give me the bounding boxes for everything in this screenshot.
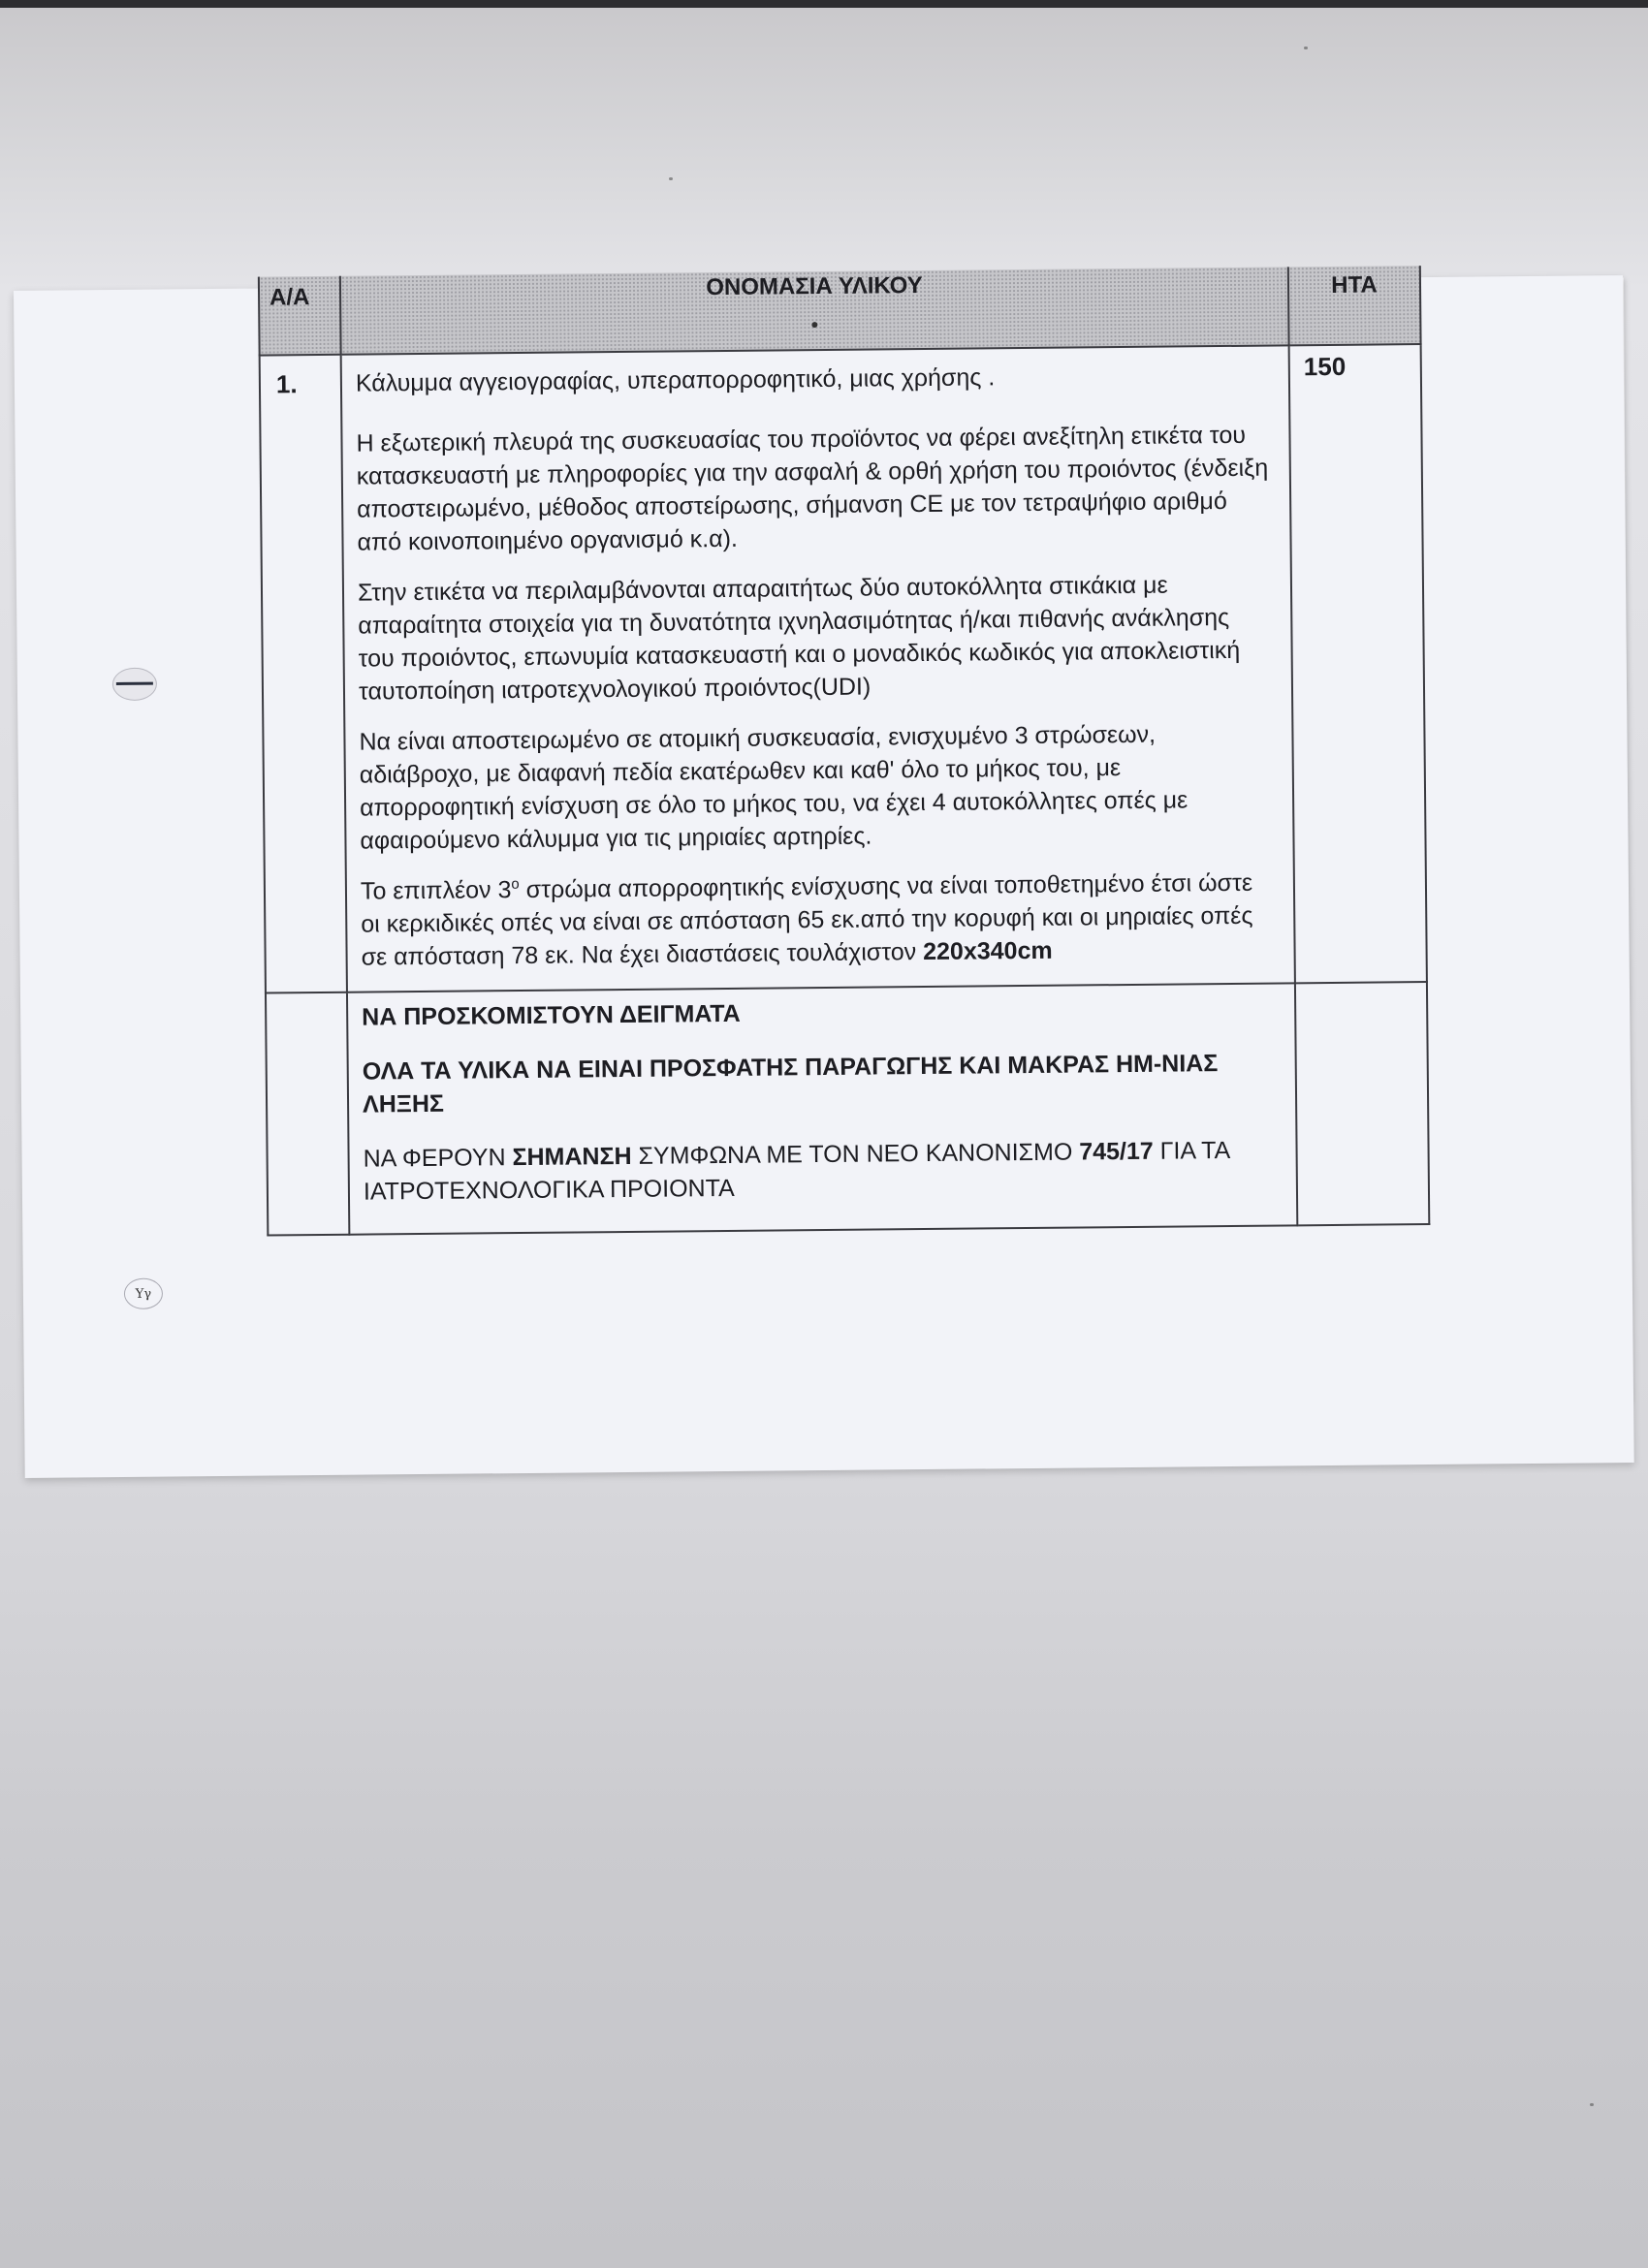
notes-row: ΝΑ ΠΡΟΣΚΟΜΙΣΤΟΥΝ ΔΕΙΓΜΑΤΑ ΟΛΑ ΤΑ ΥΛΙΚΑ Ν… — [266, 982, 1429, 1235]
note-fresh-production: ΟΛΑ ΤΑ ΥΛΙΚΑ ΝΑ ΕΙΝΑΙ ΠΡΟΣΦΑΤΗΣ ΠΑΡΑΓΩΓΗ… — [363, 1047, 1277, 1121]
notes-cell: ΝΑ ΠΡΟΣΚΟΜΙΣΤΟΥΝ ΔΕΙΓΜΑΤΑ ΟΛΑ ΤΑ ΥΛΙΚΑ Ν… — [347, 983, 1297, 1234]
layer-text-1: Το επιπλέον 3 — [361, 876, 512, 904]
document-page: Υγ Α/Α ΟΝΟΜΑΣΙΑ ΥΛΙΚΟΥ ΗΤΑ 1. Κάλυμμα αγ… — [14, 275, 1634, 1478]
reg-middle: ΣΥΜΦΩΝΑ ΜΕ ΤΟΝ ΝΕΟ ΚΑΝΟΝΙΣΜΟ — [631, 1138, 1079, 1169]
header-material-name-label: ΟΝΟΜΑΣΙΑ ΥΛΙΚΟΥ — [706, 272, 923, 300]
reg-number: 745/17 — [1079, 1138, 1154, 1166]
header-serial-number: Α/Α — [259, 276, 341, 356]
note-samples: ΝΑ ΠΡΟΣΚΟΜΙΣΤΟΥΝ ΔΕΙΓΜΑΤΑ — [362, 992, 1275, 1034]
dust-speck — [1304, 47, 1308, 49]
item-paragraph-specs: Να είναι αποστειρωμένο σε ατομική συσκευ… — [359, 717, 1273, 858]
row-description: Κάλυμμα αγγειογραφίας, υπεραπορροφητικό,… — [341, 345, 1295, 992]
table-row: 1. Κάλυμμα αγγειογραφίας, υπεραπορροφητι… — [260, 344, 1427, 992]
table-header-row: Α/Α ΟΝΟΜΑΣΙΑ ΥΛΙΚΟΥ ΗΤΑ — [259, 266, 1421, 355]
item-paragraph-layer: Το επιπλέον 3ο στρώμα απορροφητικής ενίσ… — [361, 866, 1275, 974]
initials-stamp: Υγ — [124, 1278, 163, 1309]
dust-speck — [1590, 2103, 1594, 2106]
materials-table: Α/Α ΟΝΟΜΑΣΙΑ ΥΛΙΚΟΥ ΗΤΑ 1. Κάλυμμα αγγει… — [258, 266, 1430, 1236]
stray-dot — [811, 322, 817, 328]
item-paragraph-labeling: Η εξωτερική πλευρά της συσκευασίας του π… — [356, 419, 1270, 559]
header-quantity: ΗΤΑ — [1288, 266, 1421, 345]
scan-edge — [0, 0, 1648, 8]
punch-hole — [112, 668, 157, 701]
notes-qty-empty-cell — [1295, 982, 1429, 1225]
dust-speck — [669, 177, 673, 180]
reg-prefix: ΝΑ ΦΕΡΟΥΝ — [363, 1144, 512, 1172]
reg-marking: ΣΗΜΑΝΣΗ — [512, 1143, 631, 1171]
note-regulation: ΝΑ ΦΕΡΟΥΝ ΣΗΜΑΝΣΗ ΣΥΜΦΩΝΑ ΜΕ ΤΟΝ ΝΕΟ ΚΑΝ… — [363, 1134, 1277, 1209]
item-title: Κάλυμμα αγγειογραφίας, υπεραπορροφητικό,… — [356, 359, 1269, 400]
row-serial-number: 1. — [260, 355, 347, 993]
row-quantity: 150 — [1289, 344, 1427, 983]
ordinal-superscript: ο — [511, 876, 520, 893]
item-paragraph-stickers: Στην ετικέτα να περιλαμβάνονται απαραιτή… — [358, 568, 1272, 709]
notes-empty-cell — [266, 992, 349, 1236]
dimensions: 220x340cm — [923, 937, 1053, 965]
header-material-name: ΟΝΟΜΑΣΙΑ ΥΛΙΚΟΥ — [340, 267, 1289, 354]
